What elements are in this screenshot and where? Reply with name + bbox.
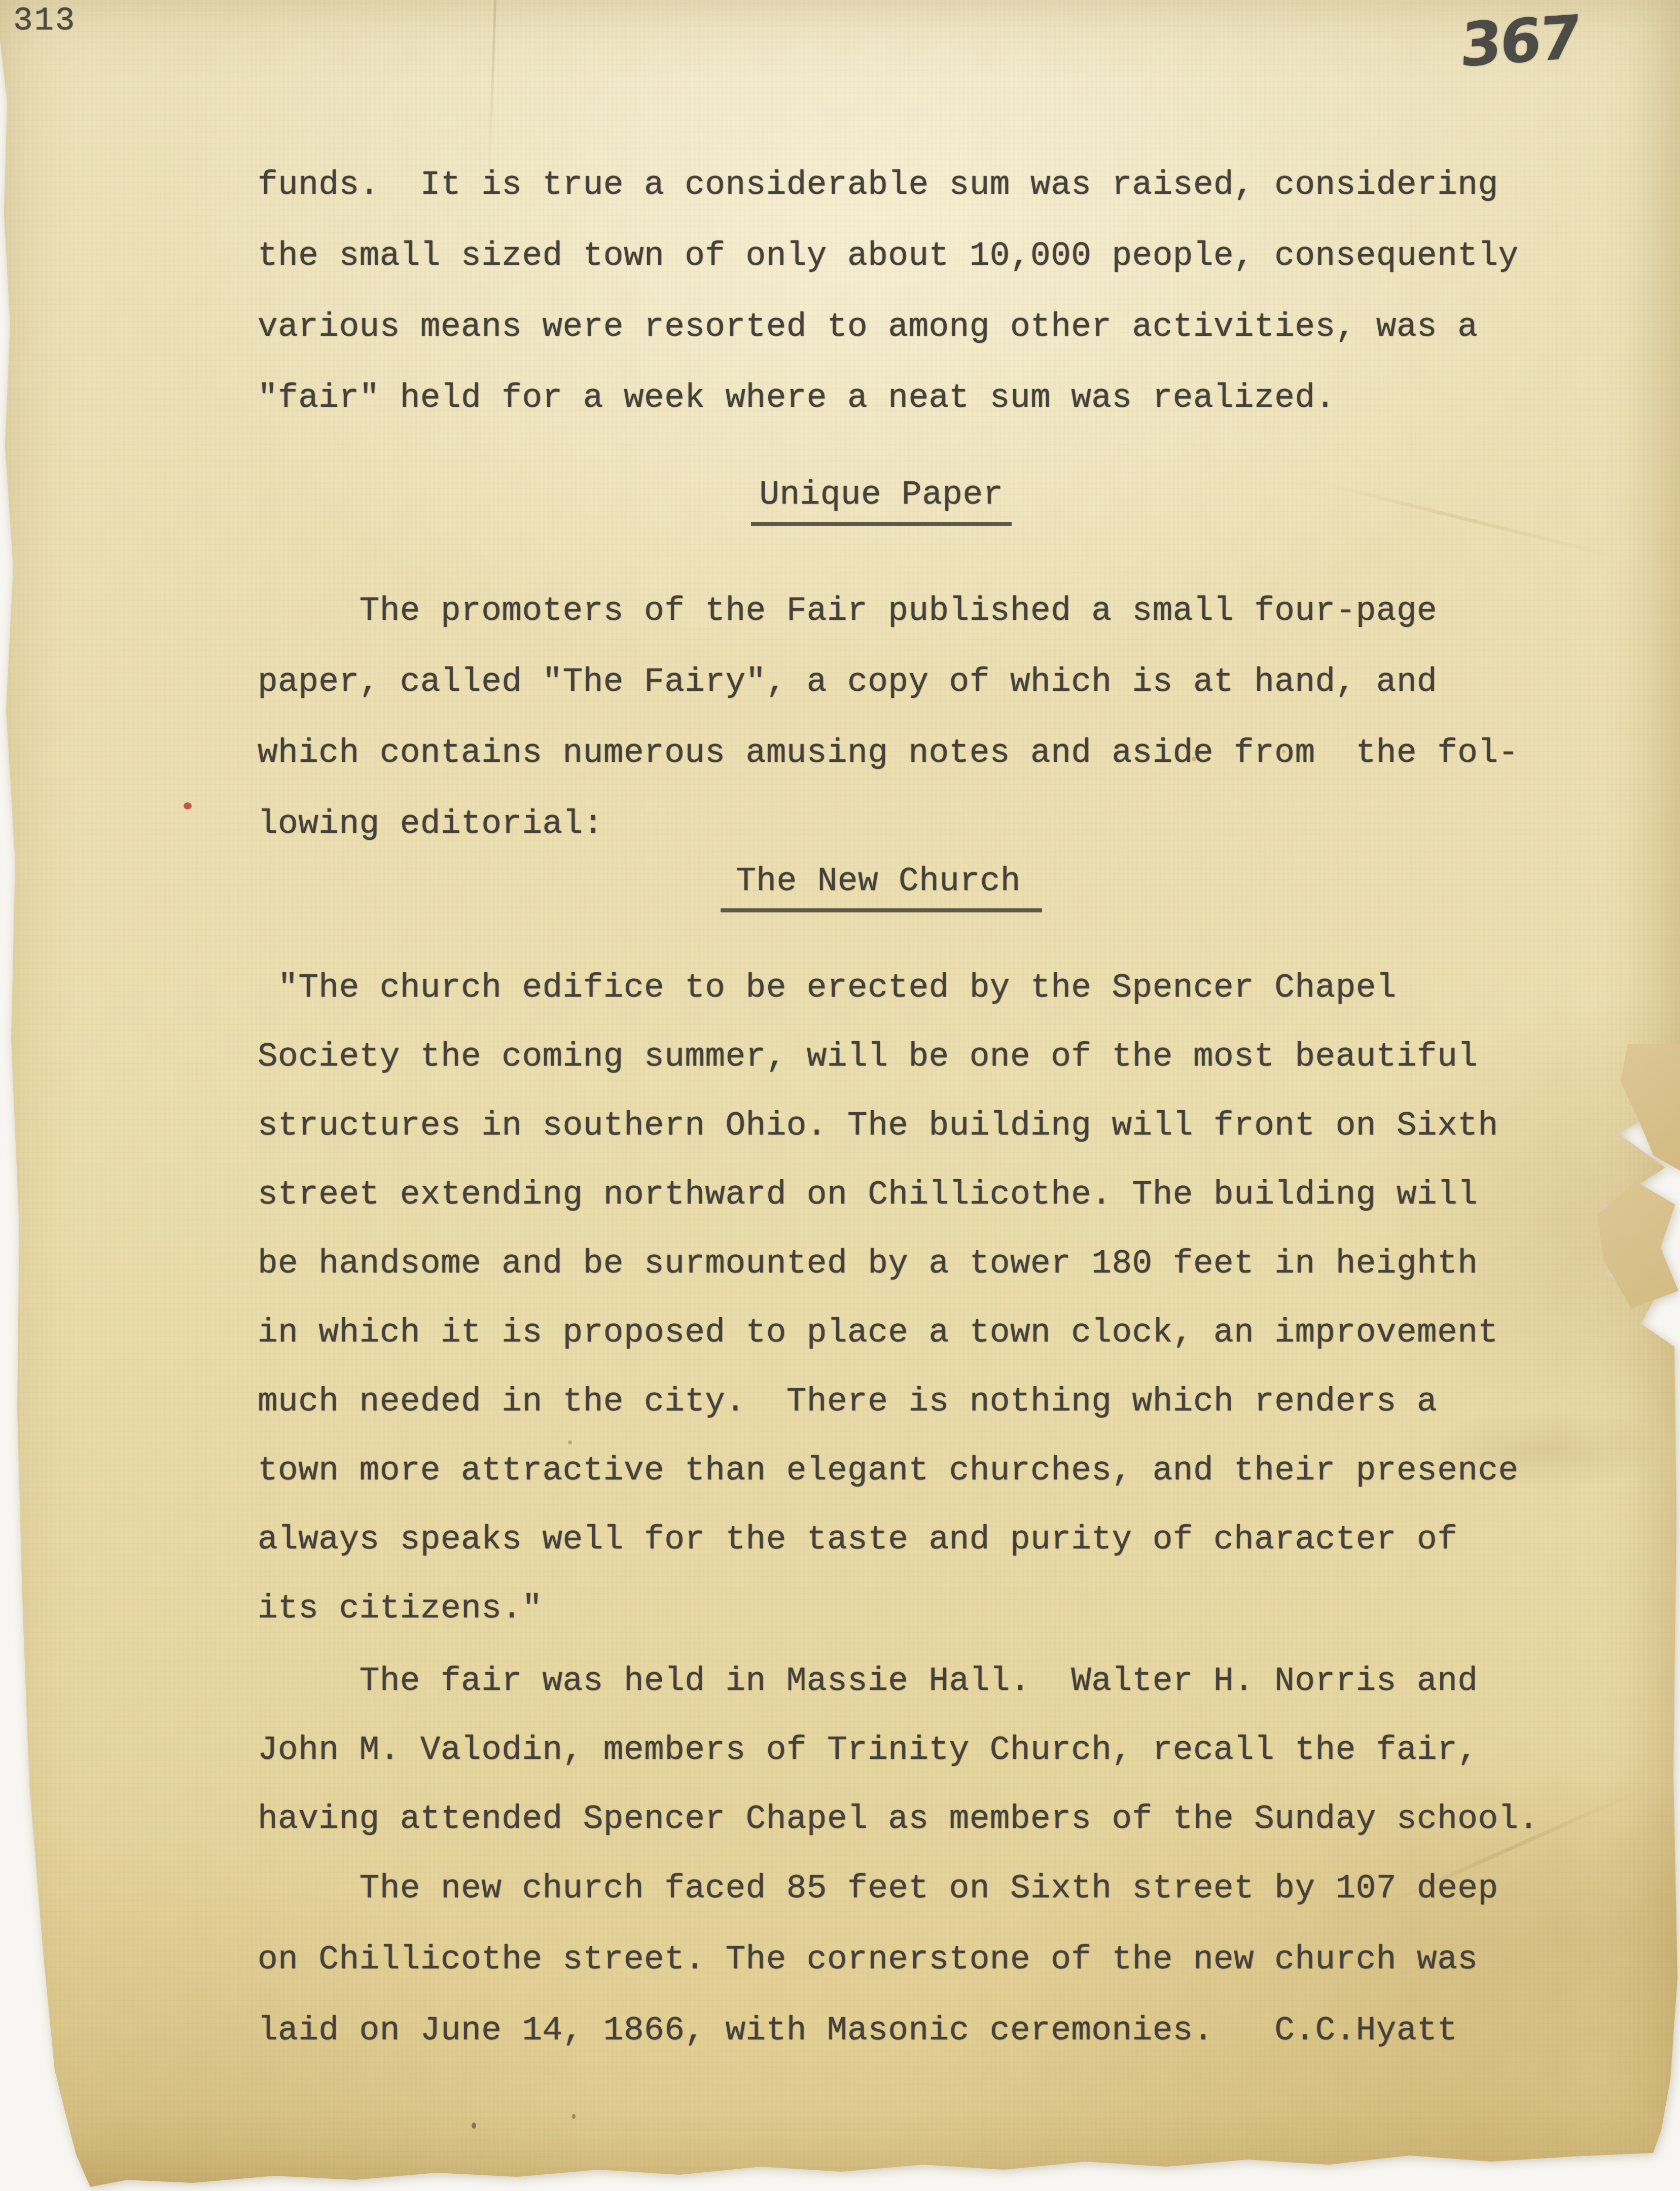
typed-page-number: 313 (13, 3, 76, 40)
heading-unique-paper-text: Unique Paper (751, 476, 1011, 526)
text-line: lowing editorial: (258, 789, 1556, 860)
paragraph-fundraising: funds. It is true a considerable sum was… (258, 150, 1556, 434)
text-line: The new church faced 85 feet on Sixth st… (258, 1853, 1556, 1924)
scanned-document-page: 313 367 funds. It is true a considerable… (0, 0, 1680, 2191)
text-line: The fair was held in Massie Hall. Walter… (258, 1647, 1556, 1716)
heading-the-new-church: The New Church (258, 862, 1505, 912)
text-line: structures in southern Ohio. The buildin… (258, 1091, 1556, 1160)
heading-the-new-church-text: The New Church (721, 862, 1042, 912)
paper-speck (572, 2114, 576, 2119)
paper-speck (472, 2123, 476, 2129)
paragraph-massie-hall: The fair was held in Massie Hall. Walter… (258, 1647, 1556, 1854)
paragraph-promoters: The promoters of the Fair published a sm… (258, 576, 1556, 860)
text-line: John M. Valodin, members of Trinity Chur… (258, 1716, 1556, 1785)
red-ink-speck (184, 802, 192, 809)
text-line: having attended Spencer Chapel as member… (258, 1785, 1556, 1854)
text-line: the small sized town of only about 10,00… (258, 221, 1556, 292)
text-line: funds. It is true a considerable sum was… (258, 150, 1556, 221)
heading-unique-paper: Unique Paper (258, 476, 1505, 526)
text-line: be handsome and be surmounted by a tower… (258, 1229, 1556, 1298)
text-line: always speaks well for the taste and pur… (258, 1505, 1556, 1574)
text-line: on Chillicothe street. The cornerstone o… (258, 1924, 1556, 1995)
handwritten-page-number: 367 (1459, 2, 1581, 80)
text-line: street extending northward on Chillicoth… (258, 1160, 1556, 1229)
text-line: which contains numerous amusing notes an… (258, 718, 1556, 789)
text-line: Society the coming summer, will be one o… (258, 1022, 1556, 1091)
paper-wrapper: 313 367 funds. It is true a considerable… (0, 0, 1680, 2191)
text-line: laid on June 14, 1866, with Masonic cere… (258, 1995, 1556, 2066)
text-line: its citizens." (258, 1574, 1556, 1643)
text-line: paper, called "The Fairy", a copy of whi… (258, 647, 1556, 718)
paragraph-cornerstone: The new church faced 85 feet on Sixth st… (258, 1853, 1556, 2066)
text-line: much needed in the city. There is nothin… (258, 1367, 1556, 1436)
text-line: in which it is proposed to place a town … (258, 1298, 1556, 1367)
paper-sheet: 313 367 funds. It is true a considerable… (0, 0, 1680, 2191)
paragraph-church-editorial-quote: "The church edifice to be erected by the… (258, 953, 1556, 1643)
text-line: various means were resorted to among oth… (258, 292, 1556, 363)
text-line: town more attractive than elegant church… (258, 1436, 1556, 1505)
text-line: "fair" held for a week where a neat sum … (258, 363, 1556, 434)
text-line: The promoters of the Fair published a sm… (258, 576, 1556, 647)
text-line: "The church edifice to be erected by the… (258, 953, 1556, 1022)
